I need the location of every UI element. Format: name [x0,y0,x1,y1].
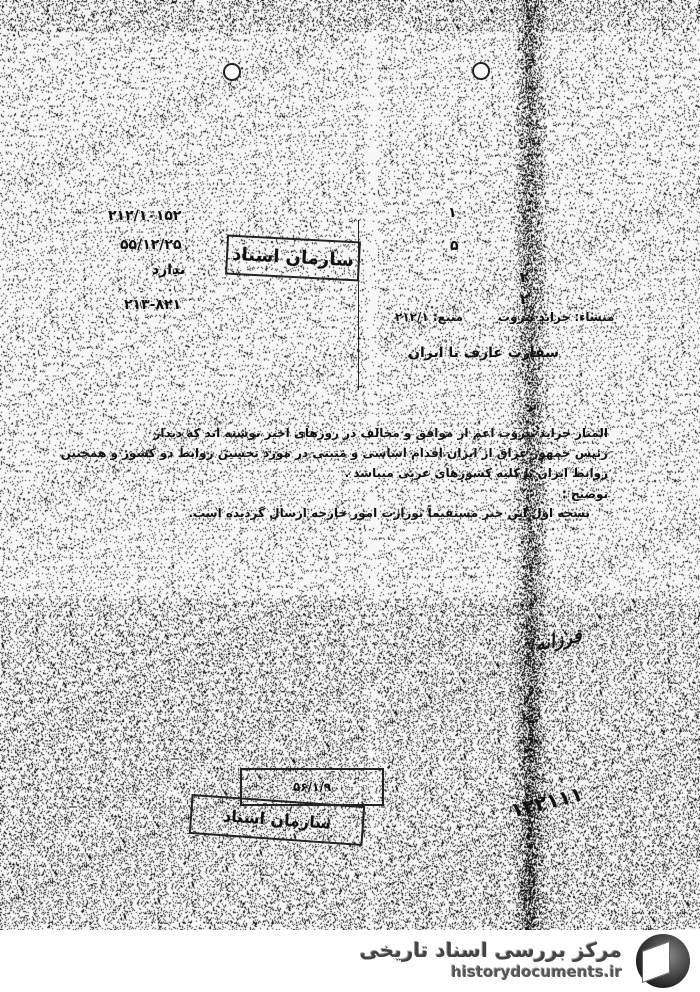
document-code: ۲۱۳-۸۲۱ [124,297,181,313]
body-line-1: المنار جراید بیروت اعم از موافق و مخالف … [153,426,608,440]
reference-line: منبع: ۲۱۲/۱ [395,310,463,324]
punch-hole-left [223,63,241,81]
column-divider [358,220,359,390]
body-line-3: روابط ایران با کلیه کشورهای عربی میباشد … [345,466,608,480]
document-number: ۲۱۲/۱۰۱۵۲ [108,208,181,224]
note-label: توضیح : [562,487,608,501]
header-field-4: ۲ [520,292,529,308]
subject-line: سفارت عارف با ایران [408,345,559,361]
header-field-2: ۵ [450,238,459,254]
punch-hole-right [472,62,490,80]
document-logo-icon [636,934,690,988]
attachment-field: ندارد [152,262,185,278]
note-text: نسخه اول این خبر مستقیماً بوزارت امور خا… [189,506,590,520]
org-name: مرکز بررسی اسناد تاریخی [360,938,622,962]
website-url: historydocuments.ir [451,963,622,981]
header-field-3: ۲ [520,270,529,286]
scanned-document-page: ۲۱۲/۱۰۱۵۲ ۵۵/۱۲/۲۵ ندارد ۲۱۳-۸۲۱ سازمان … [0,0,700,992]
body-line-2: رئیس جمهور عراق از ایران اقدام اساسی و م… [61,446,608,460]
watermark-footer: مرکز بررسی اسناد تاریخی historydocuments… [0,930,700,992]
source-line: منشاء: جراید بیروت [498,310,614,324]
classification-stamp: سازمان اسناد [225,235,361,282]
document-date: ۵۵/۱۲/۲۵ [120,237,182,253]
header-field-1: ۱ [448,205,457,221]
